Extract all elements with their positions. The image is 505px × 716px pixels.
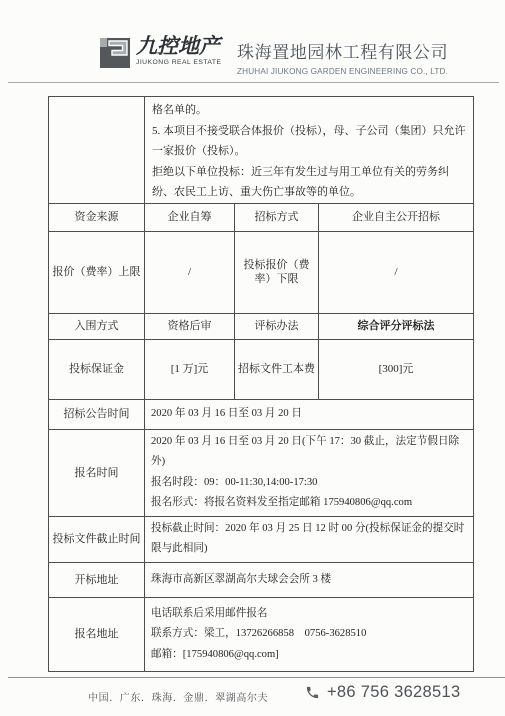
document-fee-label: 招标文件工本费 — [235, 339, 319, 399]
bid-opening-address-value: 珠海市高新区翠湖高尔夫球会会所 3 楼 — [145, 562, 474, 597]
value-line: 邮箱：[175940806@qq.com] — [151, 645, 467, 666]
jiukong-logo-icon — [100, 38, 130, 68]
brand-block: 九控地产 JIUKONG REAL ESTATE — [136, 34, 236, 66]
brand-name-cn: 九控地产 — [136, 34, 236, 58]
value-line: 联系方式：梁工，13726266858 0756-3628510 — [151, 624, 467, 645]
tender-info-table: 格名单的。 5. 本项目不接受联合体报价（投标），母、子公司（集团）只允许一家报… — [48, 96, 474, 672]
company-name-en: ZHUHAI JIUKONG GARDEN ENGINEERING CO., L… — [237, 67, 448, 76]
footer-address: 中国．广东．珠海．金鼎．翠湖高尔夫 — [88, 689, 268, 704]
footer-phone-block: +86 756 3628513 — [305, 683, 460, 702]
registration-address-label: 报名地址 — [49, 597, 145, 671]
evaluation-method-label: 评标办法 — [235, 313, 319, 339]
funding-source-label: 资金来源 — [49, 203, 145, 231]
notice-continuation-cell: 格名单的。 5. 本项目不接受联合体报价（投标），母、子公司（集团）只允许一家报… — [145, 97, 474, 204]
empty-label-cell — [49, 97, 145, 204]
document-fee-value: [300]元 — [319, 339, 474, 399]
bid-bond-value: [1 万]元 — [145, 339, 235, 399]
table-row: 投标文件截止时间 投标截止时间：2020 年 03 月 25 日 12 时 00… — [49, 516, 474, 562]
registration-time-value: 2020 年 03 月 16 日至 03 月 20 日(下午 17：30 截止，… — [145, 429, 474, 516]
announcement-period-value: 2020 年 03 月 16 日至 03 月 20 日 — [145, 399, 474, 429]
value-line: 报名形式：将报名资料发至指定邮箱 175940806@qq.com — [151, 493, 467, 514]
continuation-line: 格名单的。 — [152, 100, 466, 121]
footer-divider — [8, 677, 505, 678]
table-row: 招标公告时间 2020 年 03 月 16 日至 03 月 20 日 — [49, 399, 474, 429]
value-line: 电话联系后采用邮件报名 — [151, 604, 467, 625]
bid-opening-address-label: 开标地址 — [49, 562, 145, 597]
evaluation-method-value: 综合评分评标法 — [319, 313, 474, 339]
continuation-line: 5. 本项目不接受联合体报价（投标），母、子公司（集团）只允许一家报价（投标）。 — [152, 121, 466, 162]
table-row: 报名地址 电话联系后采用邮件报名 联系方式：梁工，13726266858 075… — [49, 597, 474, 671]
price-lower-limit-value: / — [319, 231, 474, 313]
value-line: 2020 年 03 月 16 日至 03 月 20 日(下午 17：30 截止，… — [151, 432, 467, 473]
value-line: 2020 年 03 月 16 日至 03 月 20 日 — [151, 404, 467, 425]
announcement-period-label: 招标公告时间 — [49, 399, 145, 429]
table-row: 报价（费率）上限 / 投标报价（费率）下限 / — [49, 231, 474, 313]
shortlist-method-value: 资格后审 — [145, 313, 235, 339]
table-row: 投标保证金 [1 万]元 招标文件工本费 [300]元 — [49, 339, 474, 399]
tender-method-label: 招标方式 — [235, 203, 319, 231]
footer-phone-number: +86 756 3628513 — [327, 683, 460, 702]
table-row: 开标地址 珠海市高新区翠湖高尔夫球会会所 3 楼 — [49, 562, 474, 597]
company-block: 珠海置地园林工程有限公司 ZHUHAI JIUKONG GARDEN ENGIN… — [237, 38, 448, 76]
shortlist-method-label: 入围方式 — [49, 313, 145, 339]
document-page: 九控地产 JIUKONG REAL ESTATE 珠海置地园林工程有限公司 ZH… — [0, 0, 505, 716]
value-line: 珠海市高新区翠湖高尔夫球会会所 3 楼 — [151, 570, 467, 591]
header-divider — [8, 82, 499, 83]
value-line: 投标截止时间：2020 年 03 月 25 日 12 时 00 分(投标保证金的… — [151, 519, 467, 560]
bid-deadline-value: 投标截止时间：2020 年 03 月 25 日 12 时 00 分(投标保证金的… — [145, 516, 474, 562]
brand-name-en: JIUKONG REAL ESTATE — [136, 59, 236, 66]
continuation-line: 拒绝以下单位投标：近三年有发生过与用工单位有关的劳务纠纷、农民工上访、重大伤亡事… — [152, 162, 466, 203]
price-upper-limit-label: 报价（费率）上限 — [49, 231, 145, 313]
tender-method-value: 企业自主公开招标 — [319, 203, 474, 231]
table-row: 格名单的。 5. 本项目不接受联合体报价（投标），母、子公司（集团）只允许一家报… — [49, 97, 474, 204]
value-line: 报名时段：09：00-11:30,14:00-17:30 — [151, 473, 467, 494]
funding-source-value: 企业自筹 — [145, 203, 235, 231]
table-row: 资金来源 企业自筹 招标方式 企业自主公开招标 — [49, 203, 474, 231]
table-row: 报名时间 2020 年 03 月 16 日至 03 月 20 日(下午 17：3… — [49, 429, 474, 516]
registration-address-value: 电话联系后采用邮件报名 联系方式：梁工，13726266858 0756-362… — [145, 597, 474, 671]
phone-icon — [305, 685, 320, 700]
price-lower-limit-label: 投标报价（费率）下限 — [235, 231, 319, 313]
bid-deadline-label: 投标文件截止时间 — [49, 516, 145, 562]
table-row: 入围方式 资格后审 评标办法 综合评分评标法 — [49, 313, 474, 339]
price-upper-limit-value: / — [145, 231, 235, 313]
bid-bond-label: 投标保证金 — [49, 339, 145, 399]
company-name-cn: 珠海置地园林工程有限公司 — [237, 38, 448, 63]
registration-time-label: 报名时间 — [49, 429, 145, 516]
